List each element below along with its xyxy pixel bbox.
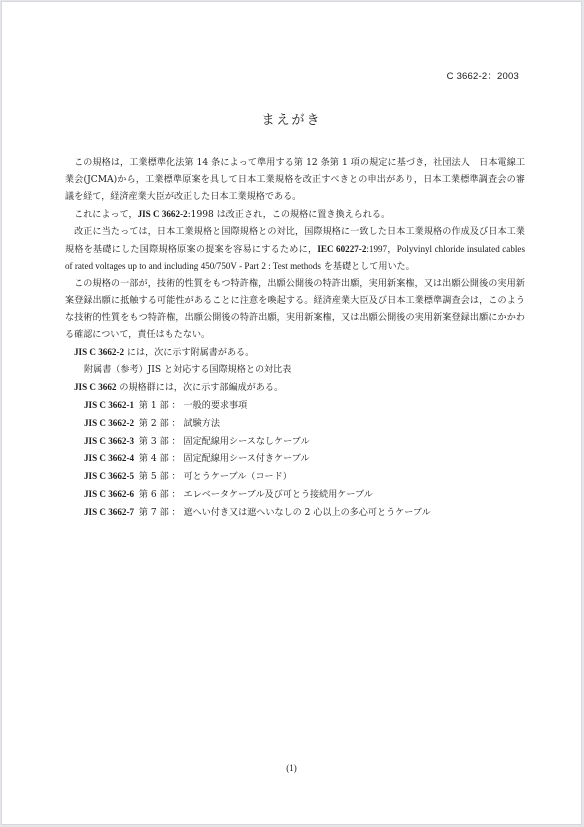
parts-list: JIS C 3662-1 第 1 部 ： 一般的要求事項 JIS C 3662-… bbox=[65, 397, 525, 522]
parts-list-item: JIS C 3662-5 第 5 部 ： 可とうケーブル（コード） bbox=[65, 468, 525, 486]
document-number: C 3662-2：2003 bbox=[447, 68, 519, 82]
iec-ref: IEC 60227-2 bbox=[317, 244, 366, 254]
paragraph-parts-intro: JIS C 3662 の規格群には，次に示す部編成がある。 bbox=[65, 379, 525, 397]
parts-list-item: JIS C 3662-7 第 7 部 ： 遮へい付き又は遮へいなしの 2 心以上… bbox=[65, 504, 525, 522]
page-title: まえがき bbox=[2, 109, 581, 128]
parts-list-item: JIS C 3662-2 第 2 部 ： 試験方法 bbox=[65, 415, 525, 433]
annex-item: 附属書（参考）JIS と対応する国際規格との対比表 bbox=[65, 362, 525, 379]
foreword-body: この規格は，工業標準化法第 14 条によって準用する第 12 条第 1 項の規定… bbox=[65, 155, 525, 522]
standard-ref: JIS C 3662-2 bbox=[138, 209, 188, 219]
parts-list-item: JIS C 3662-6 第 6 部 ： エレベータケーブル及び可とう接続用ケー… bbox=[65, 486, 525, 504]
paragraph-origin: この規格は，工業標準化法第 14 条によって準用する第 12 条第 1 項の規定… bbox=[65, 155, 525, 206]
parts-list-item: JIS C 3662-3 第 3 部 ： 固定配線用シースなしケーブル bbox=[65, 433, 525, 451]
paragraph-annex-intro: JIS C 3662-2 には，次に示す附属書がある。 bbox=[65, 344, 525, 362]
parts-list-item: JIS C 3662-4 第 4 部 ： 固定配線用シース付きケーブル bbox=[65, 450, 525, 468]
paragraph-basis: 改正に当たっては，日本工業規格と国際規格との対比，国際規格に一致した日本工業規格… bbox=[65, 224, 525, 277]
parts-list-item: JIS C 3662-1 第 1 部 ： 一般的要求事項 bbox=[65, 397, 525, 415]
paragraph-patent-notice: この規格の一部が，技術的性質をもつ特許権，出願公開後の特許出願，実用新案権，又は… bbox=[65, 276, 525, 344]
page-number: (1) bbox=[2, 763, 581, 773]
document-page: C 3662-2：2003 まえがき この規格は，工業標準化法第 14 条によっ… bbox=[2, 2, 581, 824]
paragraph-replacement: これによって，JIS C 3662-2:1998 は改正され，この規格に置き換え… bbox=[65, 206, 525, 224]
